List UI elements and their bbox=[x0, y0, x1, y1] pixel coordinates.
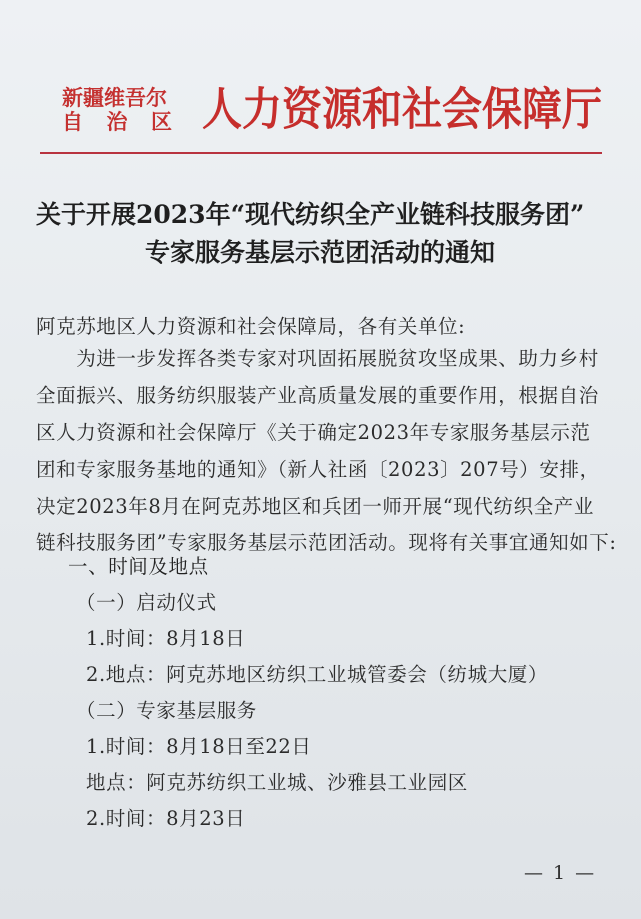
intro-line: 链科技服务团”专家服务基层示范团活动。现将有关事宜通知如下: bbox=[36, 530, 617, 556]
region-line-2: 自 治 区 bbox=[62, 110, 172, 134]
subsection-heading: （二）专家基层服务 bbox=[76, 698, 257, 724]
intro-line: 团和专家服务基地的通知》（新人社函〔2023〕207号）安排， bbox=[36, 457, 600, 483]
document-page: 新疆维吾尔 自 治 区 人力资源和社会保障厅 关于开展2023年“现代纺织全产业… bbox=[0, 0, 641, 919]
department-name: 人力资源和社会保障厅 bbox=[202, 79, 602, 142]
intro-line: 为进一步发挥各类专家对巩固拓展脱贫攻坚成果、助力乡村 bbox=[36, 346, 599, 372]
section-heading: 一、时间及地点 bbox=[68, 554, 209, 580]
intro-line: 决定2023年8月在阿克苏地区和兵团一师开展“现代纺织全产业 bbox=[36, 494, 594, 520]
letterhead-red-rule bbox=[40, 152, 602, 154]
region-line-1: 新疆维吾尔 bbox=[62, 86, 198, 110]
document-title-line-2: 专家服务基层示范团活动的通知 bbox=[20, 238, 620, 268]
page-number: — 1 — bbox=[524, 862, 596, 884]
document-title-line-1: 关于开展2023年“现代纺织全产业链科技服务团” bbox=[36, 200, 616, 230]
intro-line: 全面振兴、服务纺织服装产业高质量发展的重要作用，根据自治 bbox=[36, 383, 599, 409]
intro-line: 区人力资源和社会保障厅《关于确定2023年专家服务基层示范 bbox=[36, 420, 591, 446]
subsection-heading: （一）启动仪式 bbox=[76, 590, 217, 616]
list-item: 2.地点：阿克苏地区纺织工业城管委会（纺城大厦） bbox=[86, 662, 548, 688]
region-name: 新疆维吾尔 自 治 区 bbox=[62, 86, 198, 134]
letterhead: 新疆维吾尔 自 治 区 人力资源和社会保障厅 bbox=[62, 80, 602, 140]
list-item: 地点：阿克苏纺织工业城、沙雅县工业园区 bbox=[86, 770, 468, 796]
list-item: 1.时间：8月18日至22日 bbox=[86, 734, 312, 760]
salutation: 阿克苏地区人力资源和社会保障局，各有关单位: bbox=[36, 314, 465, 340]
list-item: 1.时间：8月18日 bbox=[86, 626, 245, 652]
list-item: 2.时间：8月23日 bbox=[86, 806, 245, 832]
show-through-text bbox=[40, 36, 414, 61]
